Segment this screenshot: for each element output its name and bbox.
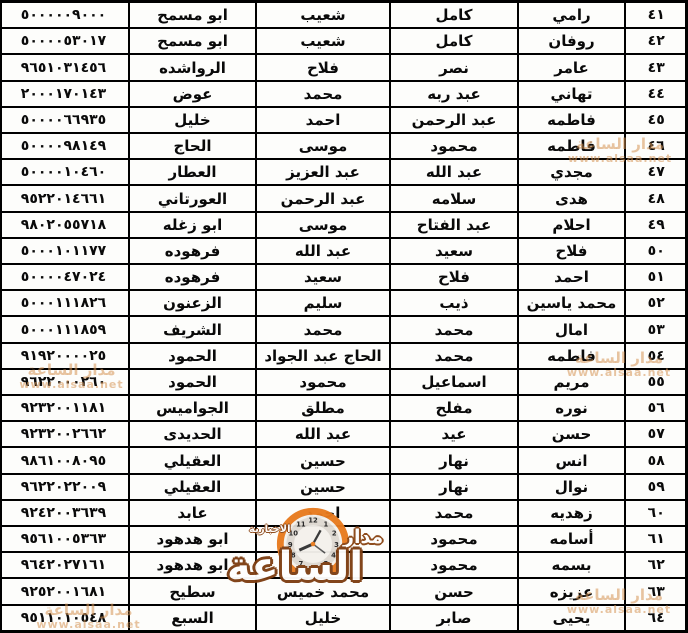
cell-first-name: بسمه [518,552,625,578]
cell-family-name: الحمود [129,369,256,395]
table-row: ٦٠زهديهمحمداحمدعابد٩٢٤٢٠٠٣٦٣٩ [2,500,686,526]
cell-first-name: فاطمه [518,107,625,133]
cell-national-id: ٥٠٠٠١٠١١٧٧ [0,238,129,264]
cell-family-name: العورتاني [129,185,256,211]
cell-father-name: محمود [390,552,518,578]
cell-father-name: محمد [390,343,518,369]
cell-serial: ٤٥ [625,107,686,133]
cell-family-name: العقيلي [129,447,256,473]
cell-national-id: ٩١٩٢٠٠٠٠٢٥ [0,343,129,369]
cell-national-id: ٩٢٣٢٠٠١١٨١ [0,395,129,421]
cell-family-name: خليل [129,107,256,133]
cell-national-id: ٩٦٥١٠٣١٤٥٦ [0,54,129,80]
cell-grandfather-name: عبد العزيز [256,159,390,185]
cell-first-name: روفان [518,28,625,54]
table-row: ٥٦نورهمفلحمطلقالجواميس٩٢٣٢٠٠١١٨١ [2,395,686,421]
cell-family-name: ابو هدهود [129,526,256,552]
cell-national-id: ٥٠٠٠٠٦٦٩٣٥ [0,107,129,133]
cell-father-name: كامل [390,28,518,54]
cell-father-name: عبد ربه [390,81,518,107]
cell-grandfather-name: موسى [256,133,390,159]
cell-grandfather-name [256,526,390,552]
cell-grandfather-name: موسى [256,212,390,238]
cell-grandfather-name: احمد [256,107,390,133]
cell-first-name: عامر [518,54,625,80]
table-row: ٥٠فلاحسعيدعبد اللهفرهوده٥٠٠٠١٠١١٧٧ [2,238,686,264]
cell-first-name: زهديه [518,500,625,526]
cell-grandfather-name: احمد [256,500,390,526]
cell-national-id: ٥٠٠٠١١١٨٢٦ [0,290,129,316]
cell-family-name: السبع [129,605,256,631]
cell-national-id: ٩٥١١٠١٠٥٤٨ [0,605,129,631]
cell-national-id: ٩٢٤٢٠٠٣٦٣٩ [0,500,129,526]
cell-national-id: ٩٨٠٢٠٥٥٧١٨ [0,212,129,238]
cell-family-name: عوض [129,81,256,107]
cell-father-name: عيد [390,421,518,447]
cell-first-name: احلام [518,212,625,238]
cell-serial: ٦٤ [625,605,686,631]
table-row: ٤٨هدىسلامهعبد الرحمنالعورتاني٩٥٢٢٠١٤٦٦١ [2,185,686,211]
cell-national-id: ٩٨٦١٠٠٨٠٩٥ [0,447,129,473]
cell-serial: ٦٠ [625,500,686,526]
table-row: ٥٥مريماسماعيلمحمودالحمود٩٦٢٢٠٠٠٢٦٠ [2,369,686,395]
cell-first-name: فاطمه [518,343,625,369]
cell-grandfather-name [256,552,390,578]
table-row: ٤٦فاطمهمحمودموسىالحاج٥٠٠٠٠٩٨١٤٩ [2,133,686,159]
cell-grandfather-name: شعيب [256,28,390,54]
cell-first-name: عزيزه [518,578,625,604]
cell-national-id: ٩٦٢٢٠٠٠٢٦٠ [0,369,129,395]
cell-family-name: الحاج [129,133,256,159]
cell-family-name: فرهوده [129,238,256,264]
cell-family-name: الجواميس [129,395,256,421]
cell-grandfather-name: حسين [256,447,390,473]
names-table: ٤١راميكاملشعيبابو مسمح٥٠٠٠٠٠٩٠٠٠٤٢روفانك… [2,2,686,631]
cell-grandfather-name: عبد الله [256,421,390,447]
cell-grandfather-name: خليل [256,605,390,631]
cell-family-name: ابو زغله [129,212,256,238]
cell-family-name: الحمود [129,343,256,369]
cell-grandfather-name: محمد خميس [256,578,390,604]
cell-first-name: نوال [518,474,625,500]
cell-family-name: الزعنون [129,290,256,316]
cell-serial: ٥٣ [625,316,686,342]
cell-first-name: انس [518,447,625,473]
cell-national-id: ٥٠٠٠١١١٨٥٩ [0,316,129,342]
table-row: ٥٢محمد ياسينذيبسليمالزعنون٥٠٠٠١١١٨٢٦ [2,290,686,316]
cell-family-name: ابو مسمح [129,2,256,28]
cell-family-name: ابو هدهود [129,552,256,578]
cell-father-name: عبد الفتاح [390,212,518,238]
cell-first-name: رامي [518,2,625,28]
cell-national-id: ٩٦٤٢٠٢٧١٦١ [0,552,129,578]
cell-first-name: أسامه [518,526,625,552]
cell-national-id: ٥٠٠٠٠٠٩٠٠٠ [0,2,129,28]
cell-grandfather-name: سعيد [256,264,390,290]
cell-grandfather-name: فلاح [256,54,390,80]
cell-father-name: نهار [390,447,518,473]
cell-grandfather-name: محمد [256,316,390,342]
table-row: ٤٧مجديعبد اللهعبد العزيزالعطار٥٠٠٠٠١٠٤٦٠ [2,159,686,185]
cell-family-name: الرواشده [129,54,256,80]
table-row: ٥٧حسنعيدعبد اللهالحديدى٩٢٣٢٠٠٢٦٦٢ [2,421,686,447]
cell-national-id: ٢٠٠٠١٧٠١٤٣ [0,81,129,107]
table-row: ٤٩احلامعبد الفتاحموسىابو زغله٩٨٠٢٠٥٥٧١٨ [2,212,686,238]
cell-grandfather-name: الحاج عبد الجواد [256,343,390,369]
cell-grandfather-name: مطلق [256,395,390,421]
cell-father-name: سلامه [390,185,518,211]
cell-grandfather-name: شعيب [256,2,390,28]
cell-family-name: فرهوده [129,264,256,290]
cell-serial: ٦١ [625,526,686,552]
cell-father-name: نهار [390,474,518,500]
cell-national-id: ٥٠٠٠٠٤٧٠٢٤ [0,264,129,290]
table-row: ٥٤فاطمهمحمدالحاج عبد الجوادالحمود٩١٩٢٠٠٠… [2,343,686,369]
cell-national-id: ٥٠٠٠٠٩٨١٤٩ [0,133,129,159]
cell-grandfather-name: محمود [256,369,390,395]
cell-first-name: حسن [518,421,625,447]
cell-grandfather-name: محمد [256,81,390,107]
table-row: ٤٢روفانكاملشعيبابو مسمح٥٠٠٠٠٥٣٠١٧ [2,28,686,54]
cell-serial: ٥٧ [625,421,686,447]
cell-family-name: الشريف [129,316,256,342]
cell-father-name: سعيد [390,238,518,264]
cell-serial: ٥٢ [625,290,686,316]
cell-national-id: ٩٢٣٢٠٠٢٦٦٢ [0,421,129,447]
cell-serial: ٤٢ [625,28,686,54]
cell-first-name: فاطمه [518,133,625,159]
cell-serial: ٤٧ [625,159,686,185]
cell-serial: ٦٣ [625,578,686,604]
cell-serial: ٥٤ [625,343,686,369]
cell-father-name: اسماعيل [390,369,518,395]
cell-father-name: محمد [390,500,518,526]
cell-first-name: امال [518,316,625,342]
table-row: ٥٨انسنهارحسينالعقيلي٩٨٦١٠٠٨٠٩٥ [2,447,686,473]
cell-family-name: العقيلي [129,474,256,500]
cell-serial: ٤٦ [625,133,686,159]
cell-grandfather-name: حسين [256,474,390,500]
table-row: ٦٤يحيىصابرخليلالسبع٩٥١١٠١٠٥٤٨ [2,605,686,631]
cell-national-id: ٩٦٢٢٠٢٢٠٠٩ [0,474,129,500]
cell-serial: ٥٦ [625,395,686,421]
cell-family-name: العطار [129,159,256,185]
cell-serial: ٥٥ [625,369,686,395]
table-row: ٥٣امالمحمدمحمدالشريف٥٠٠٠١١١٨٥٩ [2,316,686,342]
cell-father-name: مفلح [390,395,518,421]
table-row: ٤١راميكاملشعيبابو مسمح٥٠٠٠٠٠٩٠٠٠ [2,2,686,28]
cell-serial: ٤٤ [625,81,686,107]
cell-first-name: مجدي [518,159,625,185]
cell-family-name: عابد [129,500,256,526]
cell-grandfather-name: عبد الله [256,238,390,264]
cell-father-name: نصر [390,54,518,80]
table-row: ٤٣عامرنصرفلاحالرواشده٩٦٥١٠٣١٤٥٦ [2,54,686,80]
cell-father-name: ذيب [390,290,518,316]
cell-serial: ٥٠ [625,238,686,264]
cell-serial: ٤١ [625,2,686,28]
cell-serial: ٤٣ [625,54,686,80]
cell-father-name: عبد الرحمن [390,107,518,133]
scanned-names-table-page: ٤١راميكاملشعيبابو مسمح٥٠٠٠٠٠٩٠٠٠٤٢روفانك… [0,0,688,633]
table-row: ٦١أسامهمحمودابو هدهود٩٥٦١٠٠٥٣٦٣ [2,526,686,552]
cell-father-name: كامل [390,2,518,28]
table-row: ٤٤تهانيعبد ربهمحمدعوض٢٠٠٠١٧٠١٤٣ [2,81,686,107]
table-row: ٦٣عزيزهحسنمحمد خميسسطيح٩٢٥٢٠٠١٦٨١ [2,578,686,604]
cell-first-name: مريم [518,369,625,395]
cell-family-name: الحديدى [129,421,256,447]
cell-father-name: فلاح [390,264,518,290]
cell-first-name: احمد [518,264,625,290]
cell-first-name: فلاح [518,238,625,264]
cell-national-id: ٩٥٦١٠٠٥٣٦٣ [0,526,129,552]
table-row: ٥٩نوالنهارحسينالعقيلي٩٦٢٢٠٢٢٠٠٩ [2,474,686,500]
cell-family-name: ابو مسمح [129,28,256,54]
cell-serial: ٦٢ [625,552,686,578]
cell-national-id: ٩٥٢٢٠١٤٦٦١ [0,185,129,211]
cell-grandfather-name: عبد الرحمن [256,185,390,211]
cell-father-name: محمود [390,526,518,552]
cell-first-name: محمد ياسين [518,290,625,316]
cell-family-name: سطيح [129,578,256,604]
cell-first-name: هدى [518,185,625,211]
cell-first-name: نوره [518,395,625,421]
cell-serial: ٤٨ [625,185,686,211]
cell-first-name: تهاني [518,81,625,107]
cell-serial: ٥٨ [625,447,686,473]
cell-father-name: عبد الله [390,159,518,185]
cell-father-name: محمد [390,316,518,342]
table-row: ٥١احمدفلاحسعيدفرهوده٥٠٠٠٠٤٧٠٢٤ [2,264,686,290]
cell-father-name: صابر [390,605,518,631]
cell-grandfather-name: سليم [256,290,390,316]
cell-national-id: ٩٢٥٢٠٠١٦٨١ [0,578,129,604]
cell-serial: ٤٩ [625,212,686,238]
cell-national-id: ٥٠٠٠٠١٠٤٦٠ [0,159,129,185]
cell-serial: ٥١ [625,264,686,290]
cell-first-name: يحيى [518,605,625,631]
cell-father-name: محمود [390,133,518,159]
cell-national-id: ٥٠٠٠٠٥٣٠١٧ [0,28,129,54]
cell-serial: ٥٩ [625,474,686,500]
cell-father-name: حسن [390,578,518,604]
table-row: ٦٢بسمهمحمودابو هدهود٩٦٤٢٠٢٧١٦١ [2,552,686,578]
table-row: ٤٥فاطمهعبد الرحمناحمدخليل٥٠٠٠٠٦٦٩٣٥ [2,107,686,133]
